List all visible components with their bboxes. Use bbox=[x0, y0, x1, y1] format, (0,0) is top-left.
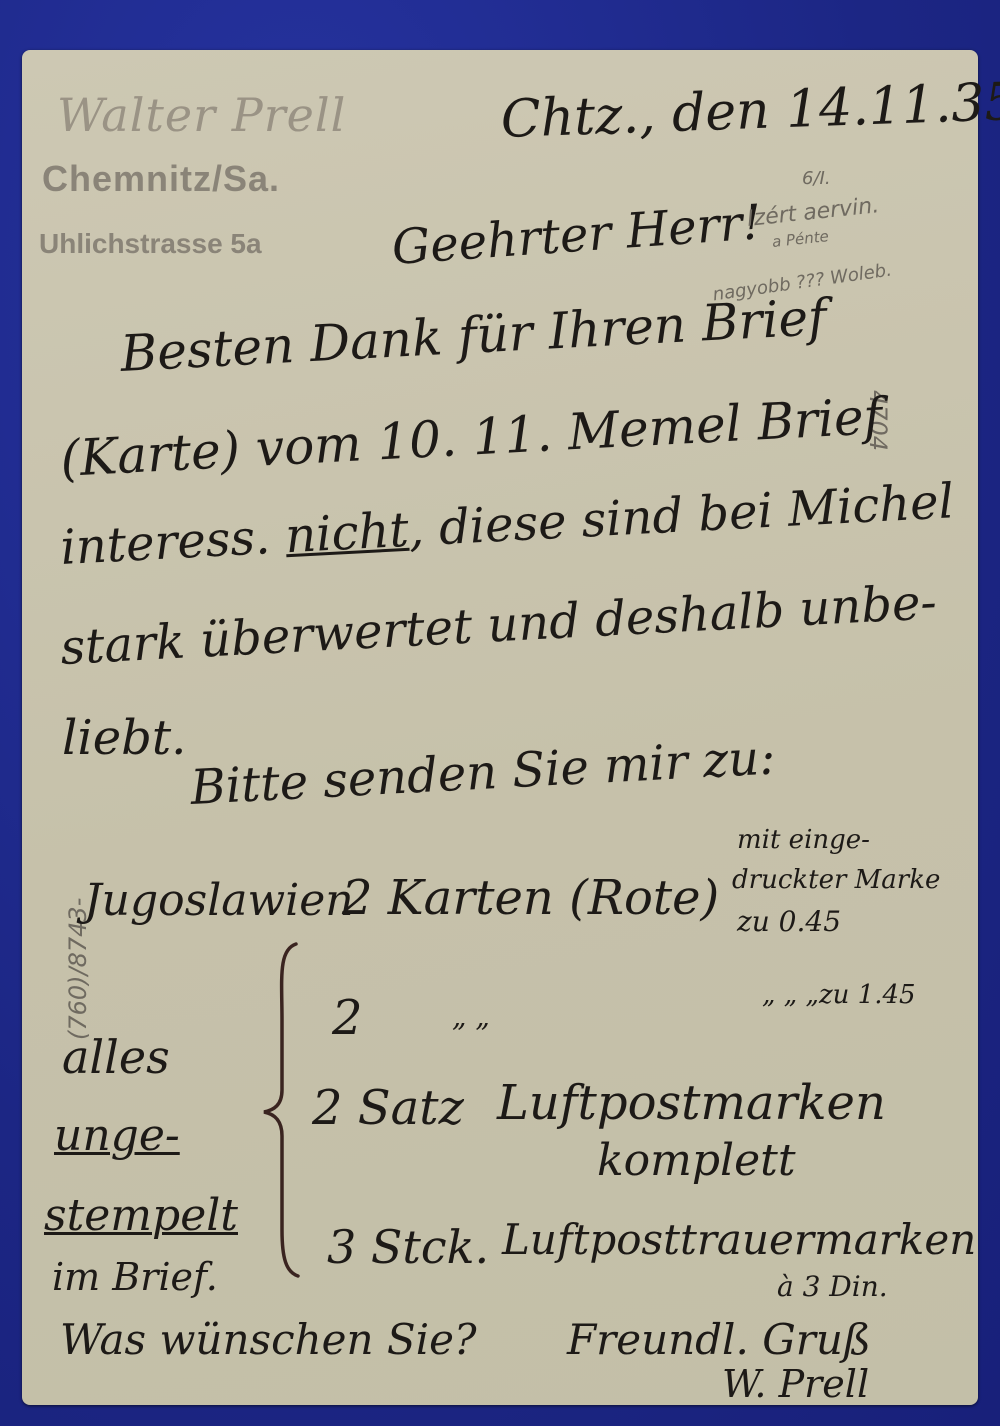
salutation: Geehrter Herr! bbox=[390, 194, 763, 276]
body-line-6: Bitte senden Sie mir zu: bbox=[189, 729, 777, 816]
order-item-4-desc: Luftposttrauermarken bbox=[502, 1215, 976, 1264]
signature: W. Prell bbox=[722, 1362, 869, 1406]
body-line-3: interess. nicht, diese sind bei Michel bbox=[59, 473, 955, 576]
sender-stamp-city: Chemnitz/Sa. bbox=[42, 158, 280, 200]
pencil-note-2: Izért aervin. bbox=[746, 193, 880, 232]
order-item-3-desc: Luftpostmarken bbox=[497, 1075, 886, 1131]
pencil-note-3: a Pénte bbox=[771, 227, 829, 251]
order-item-1: 2 Karten (Rote) bbox=[342, 870, 719, 926]
body-line-4: stark überwertet und deshalb unbe- bbox=[59, 574, 938, 676]
place-date: Chtz., den 14.11.35 bbox=[500, 72, 1000, 150]
body-line-3a: interess. bbox=[59, 509, 271, 576]
sender-stamp-street: Uhlichstrasse 5a bbox=[39, 228, 262, 260]
closing-question: Was wünschen Sie? bbox=[60, 1315, 476, 1364]
side-note-3: stempelt bbox=[44, 1190, 238, 1241]
order-item-1-note-3: zu 0.45 bbox=[737, 905, 841, 938]
side-note-4: im Brief. bbox=[52, 1255, 218, 1299]
order-item-1-note-2: druckter Marke bbox=[732, 865, 940, 895]
curly-brace-icon bbox=[260, 940, 300, 1280]
side-note-1: alles bbox=[62, 1030, 170, 1084]
order-item-2-ditto: „ „ bbox=[452, 1000, 490, 1033]
order-item-1-note-1: mit einge- bbox=[737, 825, 870, 855]
order-item-3-desc-2: komplett bbox=[597, 1135, 796, 1186]
body-line-3-underlined: nicht bbox=[284, 502, 410, 564]
pencil-note-1: 6/I. bbox=[802, 168, 831, 189]
body-line-5: liebt. bbox=[62, 710, 186, 766]
order-item-2-qty: 2 bbox=[332, 990, 363, 1046]
sender-stamp-name: Walter Prell bbox=[57, 88, 346, 142]
body-line-2: (Karte) vom 10. 11. Memel Brief bbox=[59, 387, 883, 488]
side-note-2: unge- bbox=[54, 1110, 180, 1161]
order-item-2-note: „ „ „zu 1.45 bbox=[762, 980, 916, 1010]
closing-greeting: Freundl. Gruß bbox=[567, 1315, 871, 1364]
postcard: Walter Prell Chemnitz/Sa. Uhlichstrasse … bbox=[22, 50, 978, 1405]
body-line-1: Besten Dank für Ihren Brief bbox=[119, 288, 828, 383]
order-item-4-price: à 3 Din. bbox=[777, 1270, 888, 1303]
order-country: Jugoslawien bbox=[84, 875, 354, 926]
order-item-3-qty: 2 Satz bbox=[312, 1080, 464, 1136]
body-line-3b: , diese sind bei Michel bbox=[407, 473, 955, 557]
order-item-4-qty: 3 Stck. bbox=[327, 1220, 489, 1274]
